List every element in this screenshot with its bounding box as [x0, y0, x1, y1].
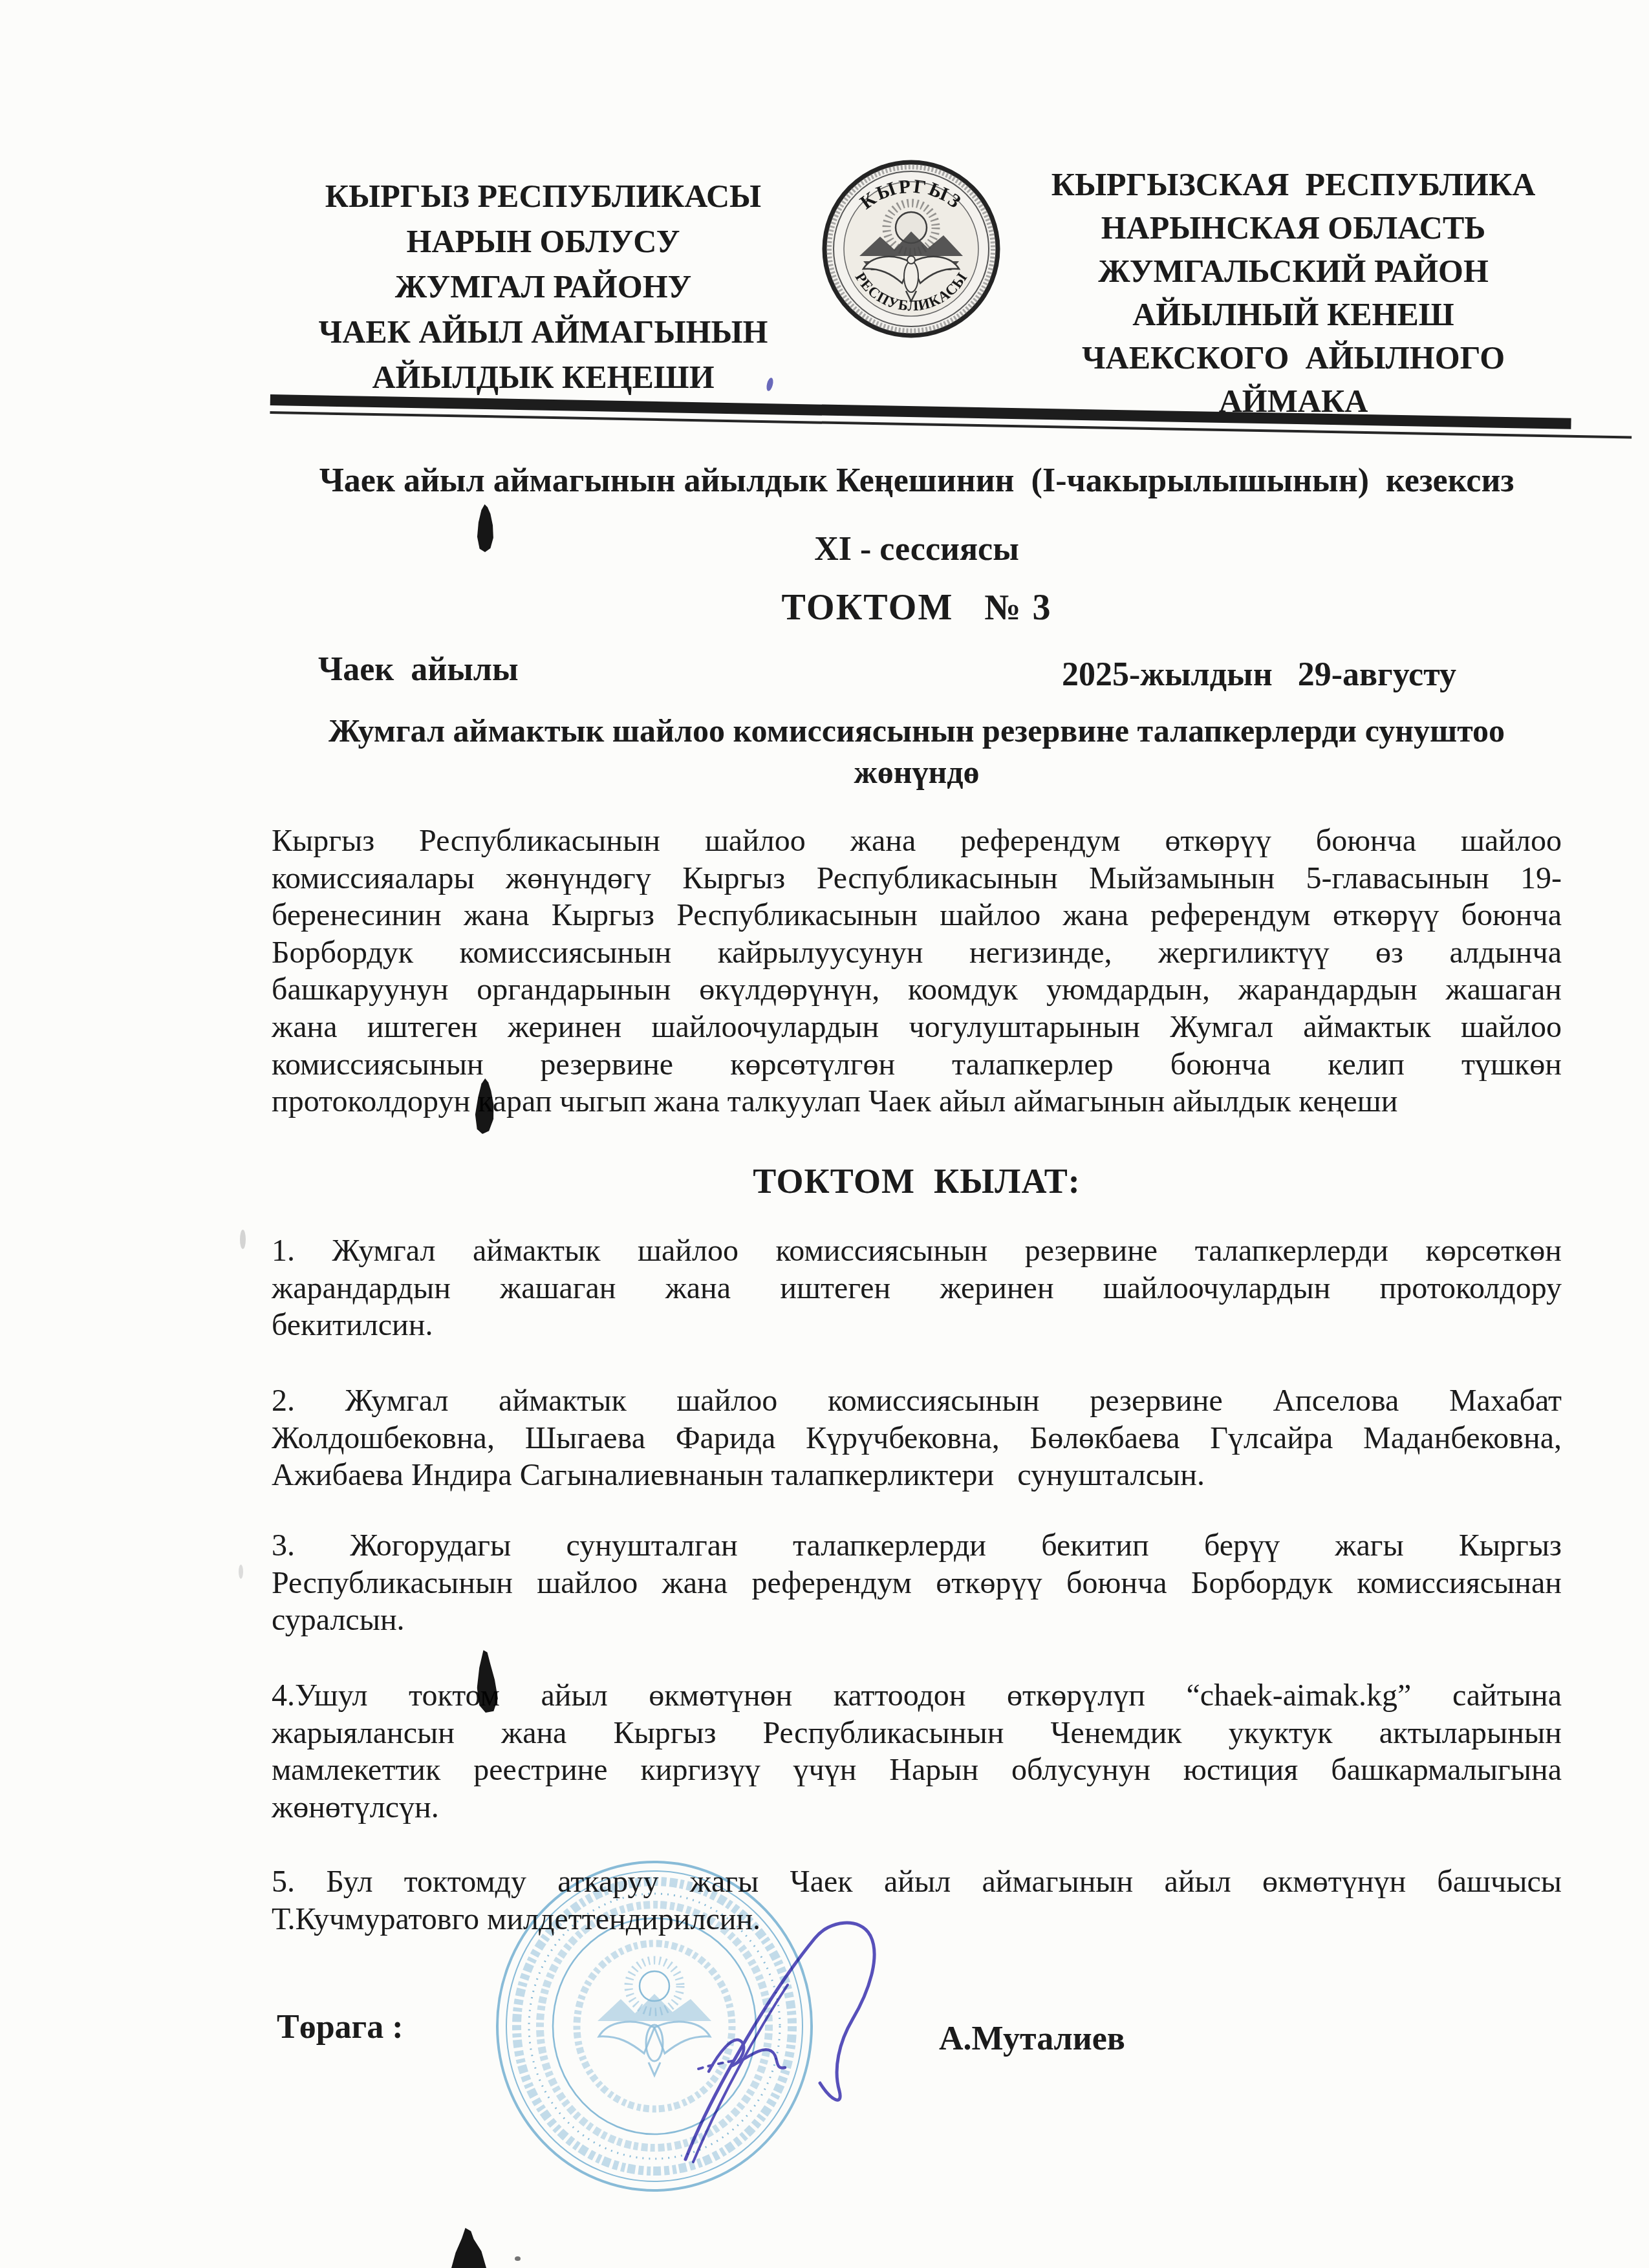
decree-item-2-line-1: 2. Жумгал аймактык шайлоо комиссиясынын …	[272, 1382, 1562, 1420]
header-right-russian-line-4: АЙЫЛНЫЙ КЕНЕШ	[1006, 293, 1581, 336]
header-right-russian-line-3: ЖУМГАЛЬСКИЙ РАЙОН	[1006, 250, 1581, 293]
decree-item-5: 5. Бул токтомду аткаруу жагы Чаек айыл а…	[272, 1863, 1562, 1938]
header-left-kyrgyz-line-5: АЙЫЛДЫК КЕҢЕШИ	[285, 354, 802, 400]
decree-item-4-line-2: жарыялансын жана Кыргыз Республикасынын …	[272, 1715, 1562, 1752]
decree-item-2-line-3: Ажибаева Индира Сагыналиевнанын талапкер…	[272, 1457, 1562, 1494]
handwritten-signature	[647, 1906, 905, 2177]
title-session-number: XI - сессиясы	[272, 530, 1562, 568]
decree-item-5-line-1: 5. Бул токтомду аткаруу жагы Чаек айыл а…	[272, 1863, 1562, 1901]
decree-item-3: 3. Жогорудагы сунушталган талапкерлерди …	[272, 1527, 1562, 1639]
decree-item-5-line-2: Т.Кучмуратовго милдеттендирилсин.	[272, 1901, 1562, 1938]
resolution-heading: ТОКТОМ КЫЛАТ:	[272, 1161, 1562, 1201]
header-left-kyrgyz-line-3: ЖУМГАЛ РАЙОНУ	[285, 264, 802, 309]
title-decree-number: ТОКТОМ № 3	[272, 587, 1562, 628]
signature-name: А.Муталиев	[939, 2020, 1125, 2058]
preamble-paragraph-line-1: Кыргыз Республикасынын шайлоо жана рефер…	[272, 822, 1562, 860]
decree-item-3-line-2: Республикасынын шайлоо жана референдум ө…	[272, 1565, 1562, 1602]
preamble-paragraph-line-8: протоколдорун карап чыгып жана талкуулап…	[272, 1083, 1562, 1120]
preamble-paragraph-line-5: башкаруунун органдарынын өкүлдөрүнүн, ко…	[272, 971, 1562, 1009]
preamble-paragraph-line-4: Борбордук комиссиясынын кайрылуусунун не…	[272, 934, 1562, 972]
header-left-kyrgyz-line-1: КЫРГЫЗ РЕСПУБЛИКАСЫ	[285, 173, 802, 219]
title-session-line: Чаек айыл аймагынын айылдык Кеңешинин (I…	[272, 462, 1562, 500]
decree-item-4-line-1: 4.Ушул токтом айыл өкмөтүнөн каттоодон ө…	[272, 1677, 1562, 1715]
header-left-kyrgyz: КЫРГЫЗ РЕСПУБЛИКАСЫНАРЫН ОБЛУСУЖУМГАЛ РА…	[285, 173, 802, 400]
header-right-russian: КЫРГЫЗСКАЯ РЕСПУБЛИКАНАРЫНСКАЯ ОБЛАСТЬЖУ…	[1006, 163, 1581, 423]
preamble-paragraph: Кыргыз Республикасынын шайлоо жана рефер…	[272, 822, 1562, 1120]
decree-item-2-line-2: Жолдошбековна, Шыгаева Фарида Күрүчбеков…	[272, 1420, 1562, 1457]
decree-item-3-line-1: 3. Жогорудагы сунушталган талапкерлерди …	[272, 1527, 1562, 1565]
preamble-paragraph-line-7: комиссиясынын резервине көрсөтүлгөн тала…	[272, 1046, 1562, 1084]
scan-margin-mark-1	[240, 1230, 246, 1249]
decree-item-4: 4.Ушул токтом айыл өкмөтүнөн каттоодон ө…	[272, 1677, 1562, 1826]
header-left-kyrgyz-line-4: ЧАЕК АЙЫЛ АЙМАГЫНЫН	[285, 309, 802, 354]
header-right-russian-line-2: НАРЫНСКАЯ ОБЛАСТЬ	[1006, 206, 1581, 250]
preamble-paragraph-line-2: комиссияалары жөнүндөгү Кыргыз Республик…	[272, 860, 1562, 897]
decree-item-1-line-3: бекитилсин.	[272, 1307, 1562, 1344]
header-right-russian-line-5: ЧАЕКСКОГО АЙЫЛНОГО	[1006, 336, 1581, 380]
decree-item-1-line-2: жарандардын жашаган жана иштеген жеринен…	[272, 1270, 1562, 1307]
header-right-russian-line-1: КЫРГЫЗСКАЯ РЕСПУБЛИКА	[1006, 163, 1581, 206]
preamble-paragraph-line-6: жана иштеген жеринен шайлоочулардын чогу…	[272, 1009, 1562, 1046]
state-emblem: КЫРГЫЗ РЕСПУБЛИКАСЫ	[819, 156, 1004, 341]
meta-date: 2025-жылдын 29-августу	[1062, 656, 1456, 694]
decree-item-1-line-1: 1. Жумгал аймактык шайлоо комиссиясынын …	[272, 1232, 1562, 1270]
scan-margin-mark-2	[239, 1565, 243, 1579]
decree-item-2: 2. Жумгал аймактык шайлоо комиссиясынын …	[272, 1382, 1562, 1494]
decree-item-1: 1. Жумгал аймактык шайлоо комиссиясынын …	[272, 1232, 1562, 1344]
state-emblem-graphic: КЫРГЫЗ РЕСПУБЛИКАСЫ	[819, 156, 1004, 341]
decree-item-3-line-3: суралсын.	[272, 1601, 1562, 1639]
subject-heading-line-1: Жумгал аймактык шайлоо комиссиясынын рез…	[272, 710, 1562, 751]
ink-blot-page-bottom	[451, 2228, 486, 2268]
meta-place: Чаек айылы	[318, 650, 519, 689]
signature-strokes	[647, 1906, 905, 2177]
scanned-decree-page: { "doc": { "header_left": { "lines": ["К…	[0, 0, 1649, 2268]
header-left-kyrgyz-line-2: НАРЫН ОБЛУСУ	[285, 219, 802, 264]
decree-item-4-line-4: жөнөтүлсүн.	[272, 1789, 1562, 1826]
subject-heading: Жумгал аймактык шайлоо комиссиясынын рез…	[272, 710, 1562, 793]
subject-heading-line-2: жөнүндө	[272, 751, 1562, 793]
preamble-paragraph-line-3: беренесинин жана Кыргыз Республикасынын …	[272, 897, 1562, 934]
decree-item-4-line-3: мамлекеттик реестрине киргизүү үчүн Нары…	[272, 1751, 1562, 1789]
signature-role-label: Төрага :	[277, 2008, 404, 2046]
ink-speck-bottom	[515, 2256, 521, 2261]
